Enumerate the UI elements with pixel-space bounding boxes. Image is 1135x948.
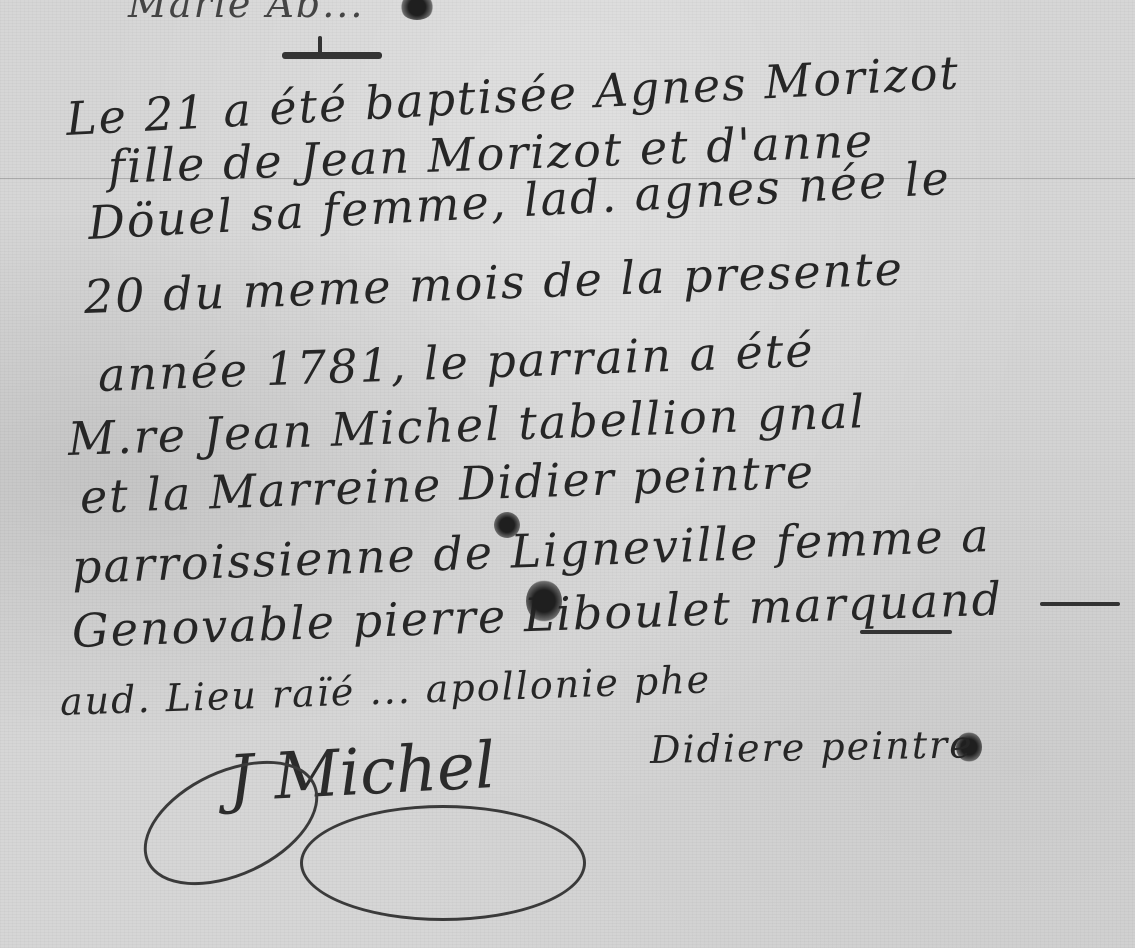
record-line-10: aud. Lieu raïé ... apollonie phe bbox=[59, 657, 712, 724]
signature-paraph bbox=[300, 805, 586, 921]
separator-mark bbox=[282, 52, 382, 59]
header-fragment: Marie Ab... bbox=[128, 0, 364, 26]
separator-mark-stem bbox=[318, 36, 322, 54]
manuscript-page: Marie Ab... Le 21 a été baptisée Agnes M… bbox=[0, 0, 1135, 948]
record-line-4: 20 du meme mois de la presente bbox=[83, 241, 905, 324]
ink-blot bbox=[400, 0, 434, 20]
ink-blot bbox=[526, 580, 562, 622]
ink-blot bbox=[494, 512, 520, 538]
underline-mark bbox=[860, 630, 952, 634]
signature-didier: Didiere peintre bbox=[650, 722, 974, 772]
line-end-dash bbox=[1040, 602, 1120, 606]
